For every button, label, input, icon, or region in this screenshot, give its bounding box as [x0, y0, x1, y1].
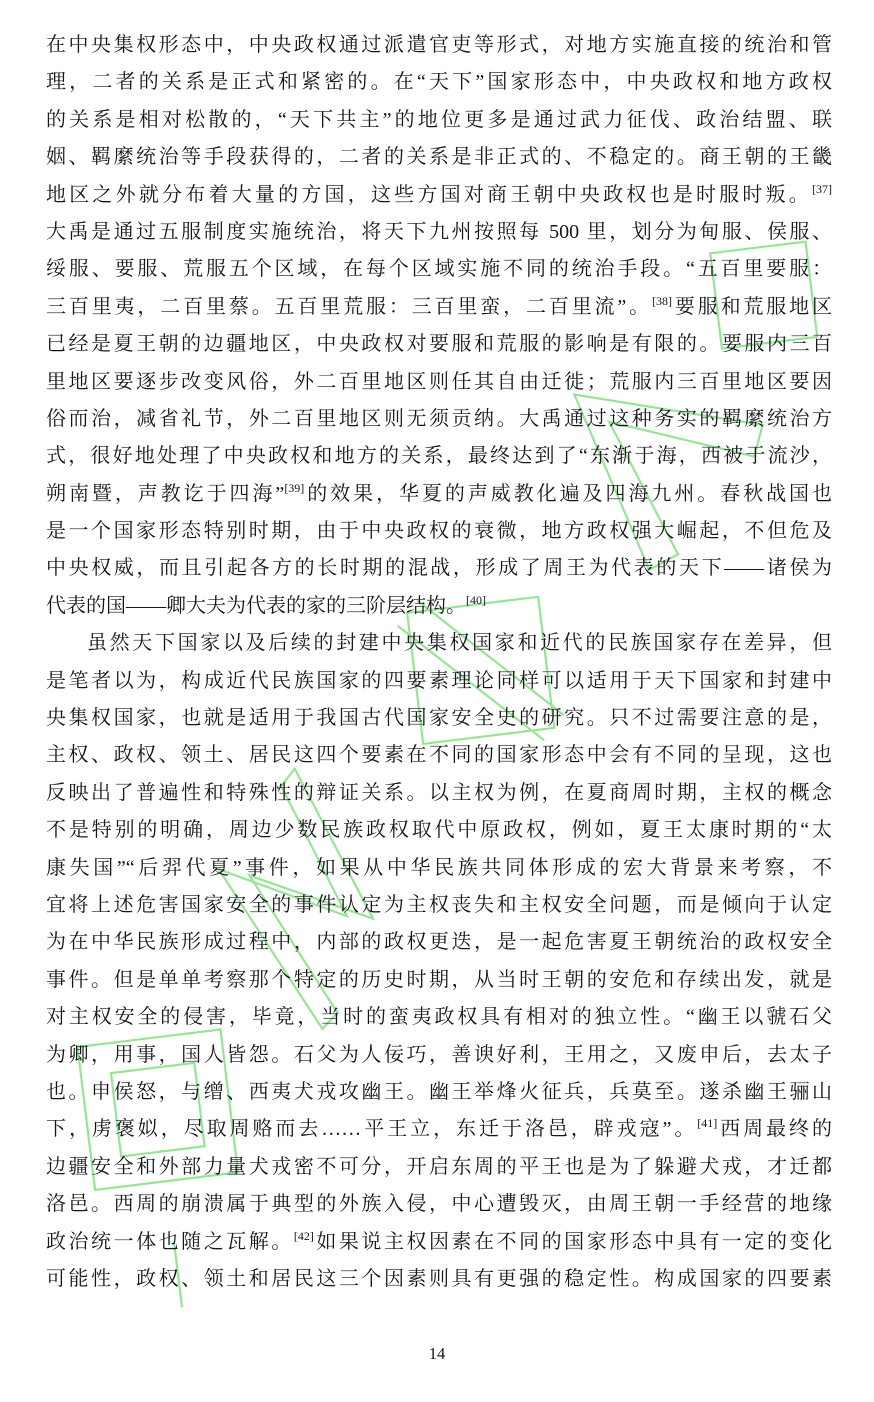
text-line: 理，二者的关系是正式和紧密的。在“天下”国家形态中，中央政权和地方政权	[46, 64, 832, 101]
footnote-ref: [41]	[697, 1116, 717, 1130]
text-line: 三百里夷，二百里蔡。五百里荒服：三百里蛮，二百里流”。[38]要服和荒服地区	[46, 289, 832, 326]
line-text: 的效果，华夏的声威教化遍及四海九州。春秋战国也	[304, 483, 832, 505]
footnote-ref: [39]	[284, 481, 304, 495]
text-line: 地区之外就分布着大量的方国，这些方国对商王朝中央政权也是时服时叛。[37]	[46, 177, 832, 214]
line-text: 为在中华民族形成过程中，内部的政权更迭，是一起危害夏王朝统治的政权安全	[46, 931, 832, 953]
text-line: 对主权安全的侵害，毕竟，当时的蛮夷政权具有相对的独立性。“幽王以虢石父	[46, 999, 832, 1036]
line-text: 不是特别的明确，周边少数民族政权取代中原政权，例如，夏王太康时期的“太	[46, 819, 832, 841]
text-line: 边疆安全和外部力量犬戎密不可分，开启东周的平王也是为了躲避犬戎，才迁都	[46, 1149, 832, 1186]
text-line: 大禹是通过五服制度实施统治，将天下九州按照每 500 里，划分为甸服、侯服、	[46, 214, 832, 251]
text-line: 为在中华民族形成过程中，内部的政权更迭，是一起危害夏王朝统治的政权安全	[46, 924, 832, 961]
text-line: 的关系是相对松散的，“天下共主”的地位更多是通过武力征伐、政治结盟、联	[46, 102, 832, 139]
line-text: 理，二者的关系是正式和紧密的。在“天下”国家形态中，中央政权和地方政权	[46, 71, 832, 93]
footnote-ref: [37]	[812, 182, 832, 196]
line-text: 是笔者以为，构成近代民族国家的四要素理论同样可以适用于天下国家和封建中	[46, 670, 832, 692]
line-text: 中央权威，而且引起各方的长时期的混战，形成了周王为代表的天下——诸侯为	[46, 557, 832, 579]
text-line: 里地区要逐步改变风俗，外二百里地区则任其自由迁徙；荒服内三百里地区要因	[46, 364, 832, 401]
line-text: 政治统一体也随之瓦解。	[46, 1231, 294, 1253]
text-line: 俗而治，减省礼节，外二百里地区则无须贡纳。大禹通过这种务实的羁縻统治方	[46, 401, 832, 438]
line-text: 宜将上述危害国家安全的事件认定为主权丧失和主权安全问题，而是倾向于认定	[46, 894, 832, 916]
line-text: 俗而治，减省礼节，外二百里地区则无须贡纳。大禹通过这种务实的羁縻统治方	[46, 408, 832, 430]
line-text: 式，很好地处理了中央政权和地方的关系，最终达到了“东渐于海，西被于流沙，	[46, 445, 832, 467]
footnote-ref: [38]	[652, 294, 672, 308]
text-line: 事件。但是单单考察那个特定的历史时期，从当时王朝的安危和存续出发，就是	[46, 962, 832, 999]
line-text: 地区之外就分布着大量的方国，这些方国对商王朝中央政权也是时服时叛。	[46, 184, 812, 206]
line-text: 为卿，用事，国人皆怨。石父为人佞巧，善谀好利，王用之，又废申后，去太子	[46, 1044, 832, 1066]
text-line: 下，虏褒姒，尽取周赂而去……平王立，东迁于洛邑，辟戎寇”。[41]西周最终的	[46, 1111, 832, 1148]
line-text: 朔南暨，声教讫于四海”	[46, 483, 284, 505]
page-number: 14	[0, 1344, 874, 1364]
line-text: 主权、政权、领土、居民这四个要素在不同的国家形态中会有不同的呈现，这也	[46, 744, 832, 766]
text-line: 不是特别的明确，周边少数民族政权取代中原政权，例如，夏王太康时期的“太	[46, 812, 832, 849]
text-line: 是笔者以为，构成近代民族国家的四要素理论同样可以适用于天下国家和封建中	[46, 663, 832, 700]
line-text: 要服和荒服地区	[672, 296, 832, 318]
line-text: 也。申侯怒，与缯、西夷犬戎攻幽王。幽王举烽火征兵，兵莫至。遂杀幽王骊山	[46, 1081, 832, 1103]
text-line: 是一个国家形态特别时期，由于中央政权的衰微，地方政权强大崛起，不但危及	[46, 513, 832, 550]
line-text: 康失国”“后羿代夏”事件，如果从中华民族共同体形成的宏大背景来考察，不	[46, 857, 832, 879]
line-text: 代表的国——卿大夫为代表的家的三阶层结构。	[46, 595, 466, 617]
page-body: 在中央集权形态中，中央政权通过派遣官吏等形式，对地方实施直接的统治和管理，二者的…	[46, 27, 832, 1298]
text-line: 朔南暨，声教讫于四海”[39]的效果，华夏的声威教化遍及四海九州。春秋战国也	[46, 476, 832, 513]
line-text: 的关系是相对松散的，“天下共主”的地位更多是通过武力征伐、政治结盟、联	[46, 109, 832, 131]
line-text: 边疆安全和外部力量犬戎密不可分，开启东周的平王也是为了躲避犬戎，才迁都	[46, 1156, 832, 1178]
text-line: 洛邑。西周的崩溃属于典型的外族入侵，中心遭毁灭，由周王朝一手经营的地缘	[46, 1186, 832, 1223]
text-line: 式，很好地处理了中央政权和地方的关系，最终达到了“东渐于海，西被于流沙，	[46, 438, 832, 475]
text-line: 姻、羁縻统治等手段获得的，二者的关系是非正式的、不稳定的。商王朝的王畿	[46, 139, 832, 176]
line-text: 三百里夷，二百里蔡。五百里荒服：三百里蛮，二百里流”。	[46, 296, 652, 318]
text-line: 绥服、要服、荒服五个区域，在每个区域实施不同的统治手段。“五百里要服：	[46, 251, 832, 288]
line-text: 在中央集权形态中，中央政权通过派遣官吏等形式，对地方实施直接的统治和管	[46, 34, 832, 56]
text-line: 主权、政权、领土、居民这四个要素在不同的国家形态中会有不同的呈现，这也	[46, 737, 832, 774]
line-text: 下，虏褒姒，尽取周赂而去……平王立，东迁于洛邑，辟戎寇”。	[46, 1118, 697, 1140]
text-line: 虽然天下国家以及后续的封建中央集权国家和近代的民族国家存在差异，但	[46, 625, 832, 662]
line-text: 洛邑。西周的崩溃属于典型的外族入侵，中心遭毁灭，由周王朝一手经营的地缘	[46, 1193, 832, 1215]
line-text: 如果说主权因素在不同的国家形态中具有一定的变化	[314, 1231, 832, 1253]
line-text: 已经是夏王朝的边疆地区，中央政权对要服和荒服的影响是有限的。要服内三百	[46, 333, 832, 355]
line-text: 西周最终的	[717, 1118, 832, 1140]
line-text: 虽然天下国家以及后续的封建中央集权国家和近代的民族国家存在差异，但	[87, 632, 832, 654]
text-line: 也。申侯怒，与缯、西夷犬戎攻幽王。幽王举烽火征兵，兵莫至。遂杀幽王骊山	[46, 1074, 832, 1111]
text-line: 在中央集权形态中，中央政权通过派遣官吏等形式，对地方实施直接的统治和管	[46, 27, 832, 64]
text-line: 已经是夏王朝的边疆地区，中央政权对要服和荒服的影响是有限的。要服内三百	[46, 326, 832, 363]
line-text: 里地区要逐步改变风俗，外二百里地区则任其自由迁徙；荒服内三百里地区要因	[46, 371, 832, 393]
text-line: 央集权国家，也就是适用于我国古代国家安全史的研究。只不过需要注意的是，	[46, 700, 832, 737]
line-text: 事件。但是单单考察那个特定的历史时期，从当时王朝的安危和存续出发，就是	[46, 969, 832, 991]
text-line: 反映出了普遍性和特殊性的辩证关系。以主权为例，在夏商周时期，主权的概念	[46, 775, 832, 812]
document-page: { "page": { "number": "14", "watermark_c…	[0, 0, 874, 1402]
line-text: 可能性，政权、领土和居民这三个因素则具有更强的稳定性。构成国家的四要素	[46, 1268, 832, 1290]
line-text: 反映出了普遍性和特殊性的辩证关系。以主权为例，在夏商周时期，主权的概念	[46, 782, 832, 804]
text-line: 为卿，用事，国人皆怨。石父为人佞巧，善谀好利，王用之，又废申后，去太子	[46, 1037, 832, 1074]
text-line: 可能性，政权、领土和居民这三个因素则具有更强的稳定性。构成国家的四要素	[46, 1261, 832, 1298]
text-line: 宜将上述危害国家安全的事件认定为主权丧失和主权安全问题，而是倾向于认定	[46, 887, 832, 924]
footnote-ref: [40]	[466, 593, 486, 607]
footnote-ref: [42]	[294, 1229, 314, 1243]
line-text: 大禹是通过五服制度实施统治，将天下九州按照每 500 里，划分为甸服、侯服、	[46, 221, 832, 243]
text-line: 政治统一体也随之瓦解。[42]如果说主权因素在不同的国家形态中具有一定的变化	[46, 1224, 832, 1261]
line-text: 姻、羁縻统治等手段获得的，二者的关系是非正式的、不稳定的。商王朝的王畿	[46, 146, 832, 168]
text-line: 中央权威，而且引起各方的长时期的混战，形成了周王为代表的天下——诸侯为	[46, 550, 832, 587]
line-text: 对主权安全的侵害，毕竟，当时的蛮夷政权具有相对的独立性。“幽王以虢石父	[46, 1006, 832, 1028]
line-text: 央集权国家，也就是适用于我国古代国家安全史的研究。只不过需要注意的是，	[46, 707, 832, 729]
line-text: 是一个国家形态特别时期，由于中央政权的衰微，地方政权强大崛起，不但危及	[46, 520, 832, 542]
line-text: 绥服、要服、荒服五个区域，在每个区域实施不同的统治手段。“五百里要服：	[46, 258, 832, 280]
text-line: 代表的国——卿大夫为代表的家的三阶层结构。[40]	[46, 588, 832, 625]
text-line: 康失国”“后羿代夏”事件，如果从中华民族共同体形成的宏大背景来考察，不	[46, 850, 832, 887]
